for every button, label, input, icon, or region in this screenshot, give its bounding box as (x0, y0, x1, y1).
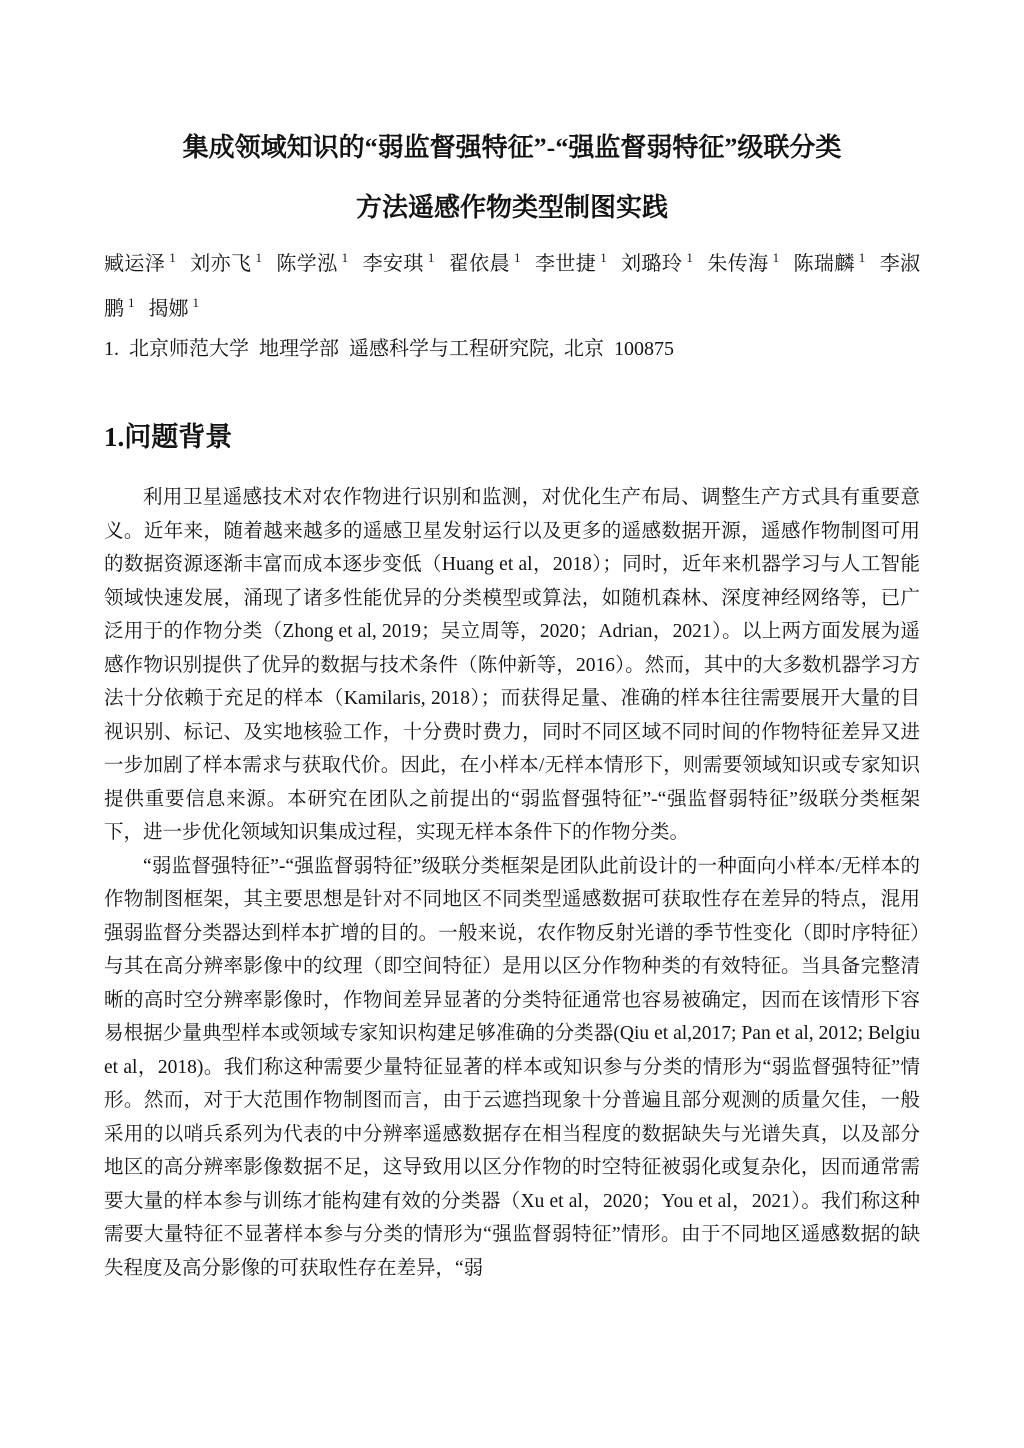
author-affiliation-superscript: 1 (342, 250, 349, 265)
author-name: 陈瑞麟1 (794, 253, 866, 275)
author-affiliation-superscript: 1 (600, 250, 607, 265)
author-affiliation-superscript: 1 (128, 295, 135, 310)
section-heading: 1.问题背景 (104, 417, 920, 457)
paper-title-line-2: 方法遥感作物类型制图实践 (104, 178, 920, 238)
author-name: 揭娜1 (149, 298, 200, 320)
page-content: 集成领域知识的“弱监督强特征”-“强监督弱特征”级联分类 方法遥感作物类型制图实… (104, 0, 920, 1285)
author-name: 刘璐玲1 (621, 253, 693, 275)
author-affiliation-superscript: 1 (514, 250, 521, 265)
paragraph-2: “弱监督强特征”-“强监督弱特征”级联分类框架是团队此前设计的一种面向小样本/无… (104, 850, 920, 1286)
affiliation-line: 1. 北京师范大学 地理学部 遥感科学与工程研究院, 北京 100875 (104, 329, 920, 369)
author-affiliation-superscript: 1 (773, 250, 780, 265)
section-body: 利用卫星遥感技术对农作物进行识别和监测，对优化生产布局、调整生产方式具有重要意义… (104, 481, 920, 1285)
author-affiliation-superscript: 1 (255, 250, 262, 265)
author-name: 臧运泽1 (104, 253, 176, 275)
author-name: 李安琪1 (363, 253, 435, 275)
author-list: 臧运泽1 刘亦飞1 陈学泓1 李安琪1 翟依晨1 李世捷1 刘璐玲1 朱传海1 … (104, 242, 920, 332)
author-affiliation-superscript: 1 (169, 250, 176, 265)
author-name: 翟依晨1 (449, 253, 521, 275)
author-affiliation-superscript: 1 (859, 250, 866, 265)
author-affiliation-superscript: 1 (428, 250, 435, 265)
paper-title-line-1: 集成领域知识的“弱监督强特征”-“强监督弱特征”级联分类 (104, 118, 920, 178)
author-name: 李世捷1 (535, 253, 607, 275)
author-affiliation-superscript: 1 (686, 250, 693, 265)
author-name: 陈学泓1 (276, 253, 348, 275)
author-affiliation-superscript: 1 (193, 295, 200, 310)
paper-page: 集成领域知识的“弱监督强特征”-“强监督弱特征”级联分类 方法遥感作物类型制图实… (0, 0, 1024, 1448)
paragraph-1: 利用卫星遥感技术对农作物进行识别和监测，对优化生产布局、调整生产方式具有重要意义… (104, 481, 920, 850)
author-name: 朱传海1 (707, 253, 779, 275)
paper-title: 集成领域知识的“弱监督强特征”-“强监督弱特征”级联分类 方法遥感作物类型制图实… (104, 0, 920, 238)
author-name: 刘亦飞1 (190, 253, 262, 275)
